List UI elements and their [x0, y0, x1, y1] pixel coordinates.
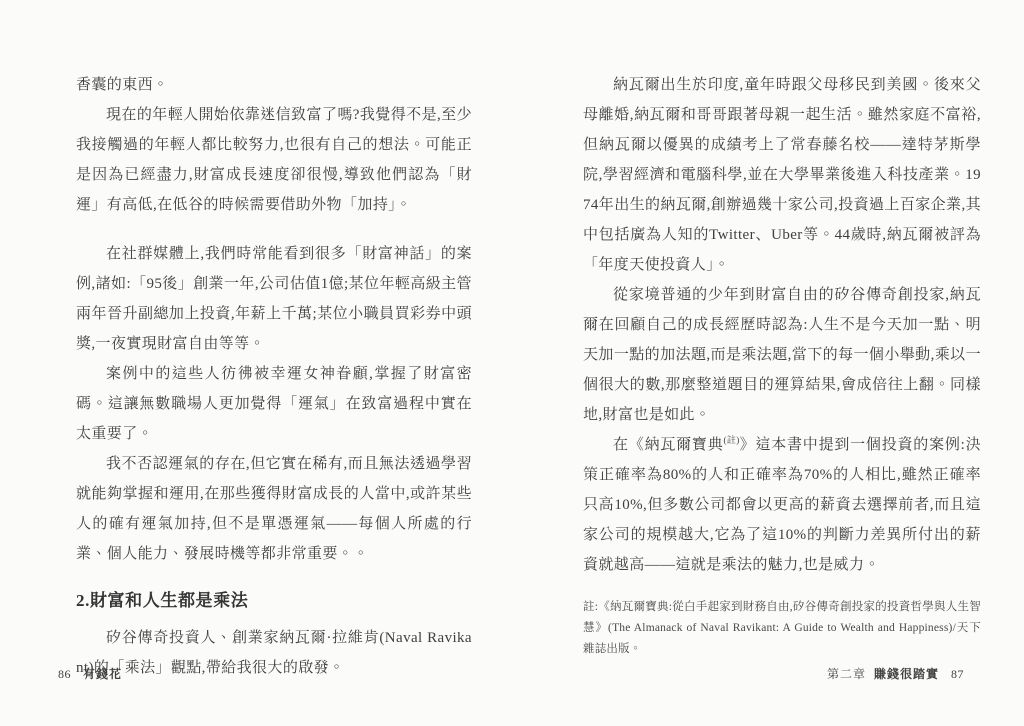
section-label: 第二章	[827, 667, 866, 681]
footer-left: 86有錢花	[58, 665, 122, 682]
page-right-text-column: 納瓦爾出生於印度,童年時跟父母移民到美國。後來父母離婚,納瓦爾和哥哥跟著母親一起…	[583, 70, 981, 672]
page-number: 87	[951, 667, 964, 681]
page-right: 納瓦爾出生於印度,童年時跟父母移民到美國。後來父母離婚,納瓦爾和哥哥跟著母親一起…	[512, 0, 1024, 726]
book-title: 有錢花	[83, 667, 122, 681]
paragraph: 矽谷傳奇投資人、創業家納瓦爾·拉維肯(Naval Ravikant)的「乘法」觀…	[76, 623, 472, 683]
paragraph-text: 在《納瓦爾寶典	[613, 437, 724, 453]
footnote-reference: (註)	[724, 435, 740, 445]
footer-right: 第二章賺錢很踏實87	[827, 665, 964, 682]
section-heading: 2.財富和人生都是乘法	[76, 586, 472, 611]
paragraph-text: 》這本書中提到一個投資的案例:決策正確率為80%的人和正確率為70%的人相比,雖…	[583, 437, 981, 573]
paragraph: 現在的年輕人開始依靠迷信致富了嗎?我覺得不是,至少我接觸過的年輕人都比較努力,也…	[76, 100, 472, 220]
chapter-title: 賺錢很踏實	[874, 667, 939, 681]
paragraph: 案例中的這些人彷彿被幸運女神眷顧,掌握了財富密碼。這讓無數職場人更加覺得「運氣」…	[76, 359, 472, 449]
page-left: 香囊的東西。 現在的年輕人開始依靠迷信致富了嗎?我覺得不是,至少我接觸過的年輕人…	[0, 0, 512, 726]
page-number: 86	[58, 667, 71, 681]
footnote: 註:《納瓦爾寶典:從白手起家到財務自由,矽谷傳奇創投家的投資哲學與人生智慧》(T…	[583, 597, 981, 660]
paragraph: 香囊的東西。	[76, 70, 472, 100]
paragraph: 在《納瓦爾寶典(註)》這本書中提到一個投資的案例:決策正確率為80%的人和正確率…	[583, 430, 981, 580]
paragraph: 納瓦爾出生於印度,童年時跟父母移民到美國。後來父母離婚,納瓦爾和哥哥跟著母親一起…	[583, 70, 981, 280]
page-left-text-column: 香囊的東西。 現在的年輕人開始依靠迷信致富了嗎?我覺得不是,至少我接觸過的年輕人…	[76, 70, 472, 683]
paragraph: 從家境普通的少年到財富自由的矽谷傳奇創投家,納瓦爾在回顧自己的成長經歷時認為:人…	[583, 280, 981, 430]
paragraph: 在社群媒體上,我們時常能看到很多「財富神話」的案例,諸如:「95後」創業一年,公…	[76, 239, 472, 359]
book-spread: 香囊的東西。 現在的年輕人開始依靠迷信致富了嗎?我覺得不是,至少我接觸過的年輕人…	[0, 0, 1024, 726]
paragraph: 我不否認運氣的存在,但它實在稀有,而且無法透過學習就能夠掌握和運用,在那些獲得財…	[76, 449, 472, 569]
